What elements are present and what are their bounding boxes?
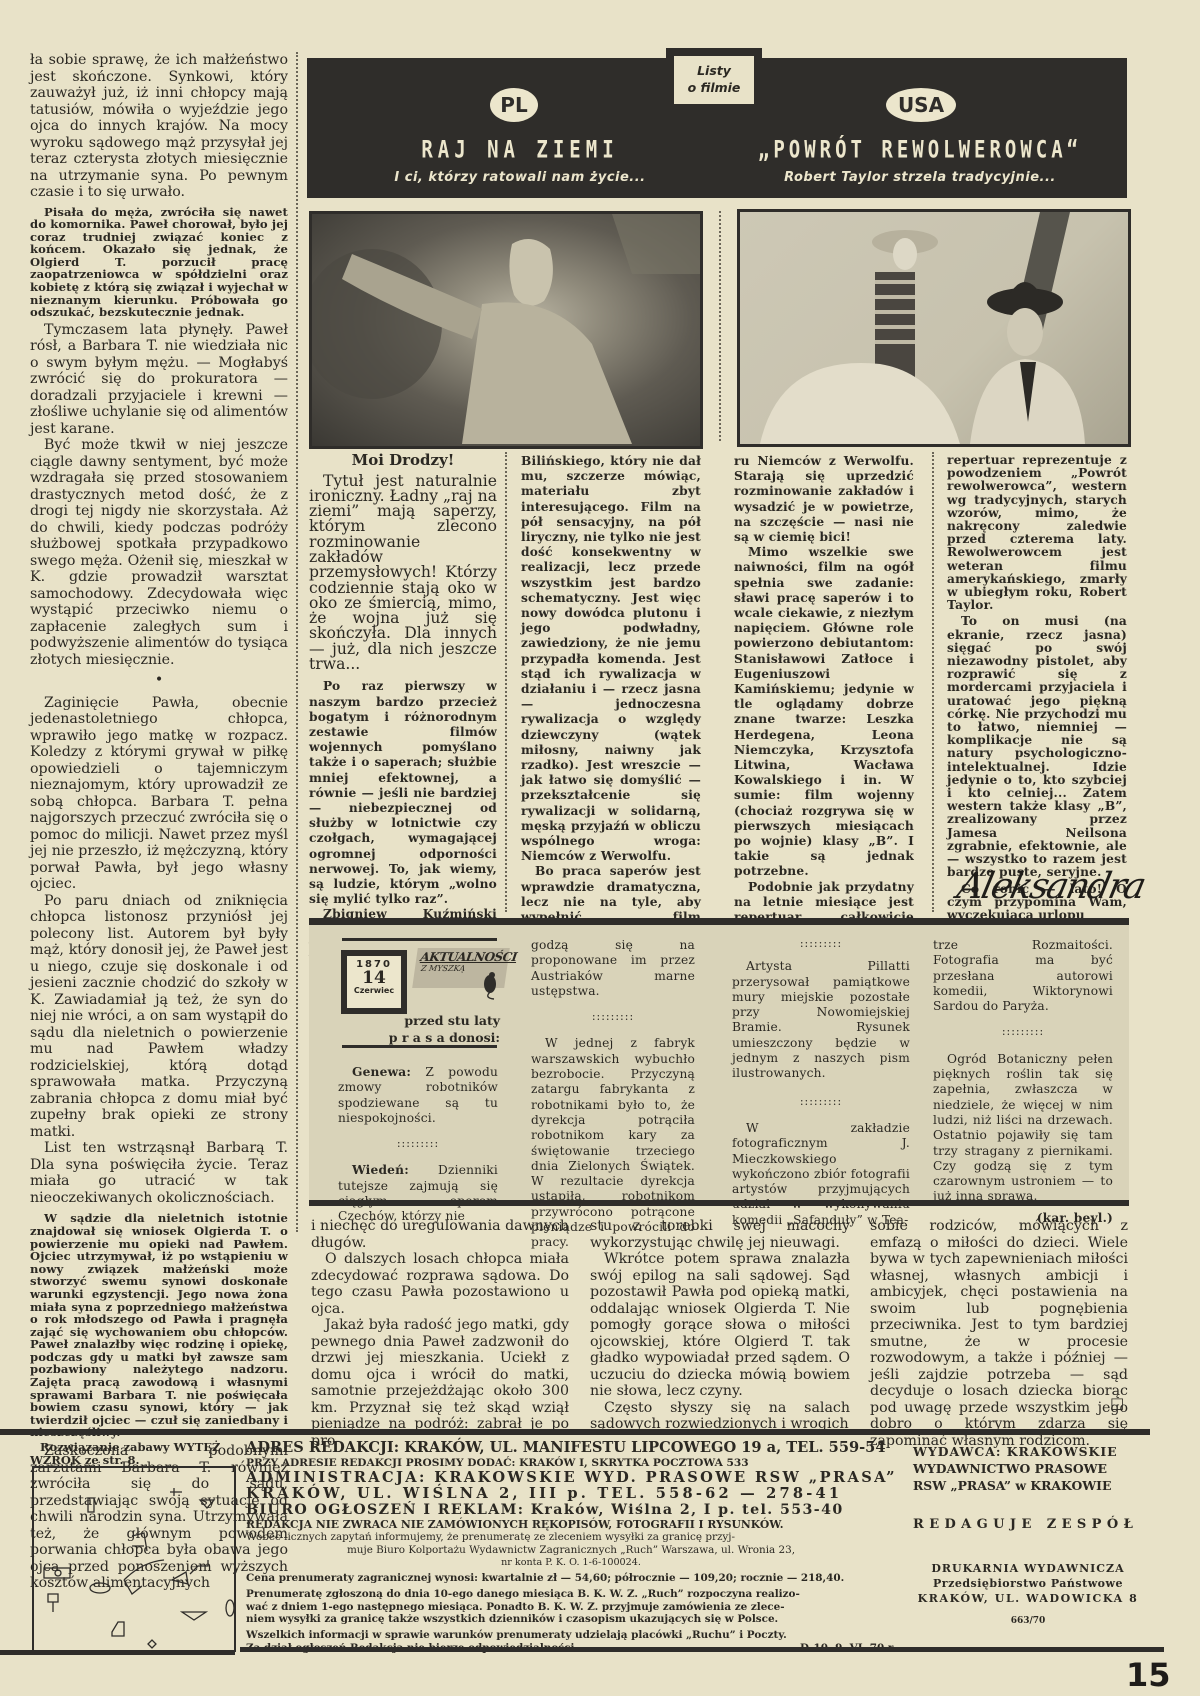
news-intro: przed stu laty p r a s a donosi: (385, 1012, 500, 1046)
news-separator: ::::::::: (531, 1009, 695, 1024)
section-bullet: • (30, 672, 288, 689)
country-badge-usa: USA (886, 88, 956, 122)
news-separator: ::::::::: (732, 1094, 910, 1109)
article-paragraph: Po paru dniach od zniknięcia chłopca lis… (30, 893, 288, 1141)
column-divider (932, 452, 934, 912)
article-paragraph: Tymczasem lata płynęły. Paweł rósł, a Ba… (30, 322, 288, 438)
country-badge-pl: PL (490, 88, 538, 122)
article-small-paragraph: Pisała do męża, zwróciła się nawet do ko… (30, 206, 288, 319)
article-paragraph: List ten wstrząsnął Barbarą T. Dla syna … (30, 1140, 288, 1206)
news-separator: ::::::::: (732, 936, 910, 951)
article-small-paragraph: W sądzie dla nieletnich istotnie znajdow… (30, 1212, 288, 1439)
article-paragraph: Być może tkwił w niej jeszcze ciągle daw… (30, 437, 288, 668)
letters-column-1: Moi Drodzy! Tytuł jest naturalnie ironic… (309, 452, 497, 968)
article-paragraph: Zaginięcie Pawła, obecnie jedenastoletni… (30, 695, 288, 893)
publisher-block: WYDAWCA: KRAKOWSKIE WYDAWNICTWO PRASOWE … (913, 1443, 1143, 1629)
column-divider (505, 452, 507, 912)
end-of-article-mark: □ (1110, 1394, 1124, 1412)
letters-column-4: repertuar reprezentuje z powodzeniem „Po… (947, 454, 1127, 922)
news-box-top-rule (309, 918, 1129, 925)
puzzle-caption: Rozwiązanie zabawy WYTĘŻ WZROK ze str. 8… (30, 1441, 220, 1467)
article-paragraph: ła sobie sprawę, że ich małżeństwo jest … (30, 52, 288, 201)
footer-bottom-rule (240, 1647, 1164, 1652)
mouse-icon (480, 970, 504, 1000)
column-divider (296, 52, 298, 1232)
author-signature: Aleksandra (954, 866, 1148, 907)
puzzle-items-icon (34, 1468, 234, 1652)
page-number: 15 (1126, 1656, 1171, 1694)
film-title-left: RAJ NA ZIEMI (320, 136, 720, 164)
news-column-3: ::::::::: Artysta Pillatti przerysował p… (732, 936, 910, 1228)
news-box-bottom-rule (309, 1200, 1129, 1206)
news-header-bottom-rule (342, 1045, 497, 1048)
footer-top-rule (0, 1429, 1150, 1435)
western-riders-photo-icon (740, 212, 1128, 444)
film-subtitle-left: I ci, którzy ratowali nam życie... (320, 170, 720, 185)
puzzle-box-bottom-rule (0, 1650, 235, 1655)
continuation-column-1: i niechęć do uregulowania dawnych długów… (311, 1218, 569, 1449)
letters-lead-paragraph: Tytuł jest naturalnie ironiczny. Ładny „… (309, 474, 497, 673)
editor-credit: REDAGUJE ZESPÓŁ (913, 1516, 1143, 1533)
film-still-right (737, 209, 1131, 447)
letters-column-2: Bilińskiego, który nie dał mu, szczerze … (521, 454, 701, 986)
film-subtitle-right: Robert Taylor strzela tradycyjnie... (700, 170, 1140, 185)
continuation-column-3: sobie rodziców, mówiących z emfazą o mił… (870, 1218, 1128, 1449)
news-date-box: 1870 14 Czerwiec (341, 950, 407, 1014)
column-divider (719, 211, 721, 441)
news-separator: ::::::::: (338, 1136, 498, 1151)
left-column: ła sobie sprawę, że ich małżeństwo jest … (30, 52, 288, 1592)
news-separator: ::::::::: (933, 1024, 1113, 1039)
continuation-column-2: stu z torebki swej macochy wykorzystując… (590, 1218, 850, 1433)
film-title-right: „POWRÓT REWOLWEROWCA“ (700, 136, 1140, 164)
letters-column-3: ru Niemców z Werwolfu. Starają się uprze… (734, 454, 914, 986)
news-header-top-rule (342, 938, 497, 941)
letters-paragraph: Po raz pierwszy w naszym bardzo przecież… (309, 679, 497, 907)
news-column-4: trze Rozmaitości. Fotografia ma być prze… (933, 938, 1113, 1226)
letters-heading: Moi Drodzy! (309, 452, 497, 469)
puzzle-solution-box (32, 1466, 236, 1652)
film-still-left (309, 211, 703, 449)
man-at-wall-photo-icon (312, 214, 700, 446)
editorial-address-block: ADRES REDAKCJI: KRAKÓW, UL. MANIFESTU LI… (246, 1440, 896, 1655)
section-tab-label: Listy o filmie (666, 48, 762, 104)
